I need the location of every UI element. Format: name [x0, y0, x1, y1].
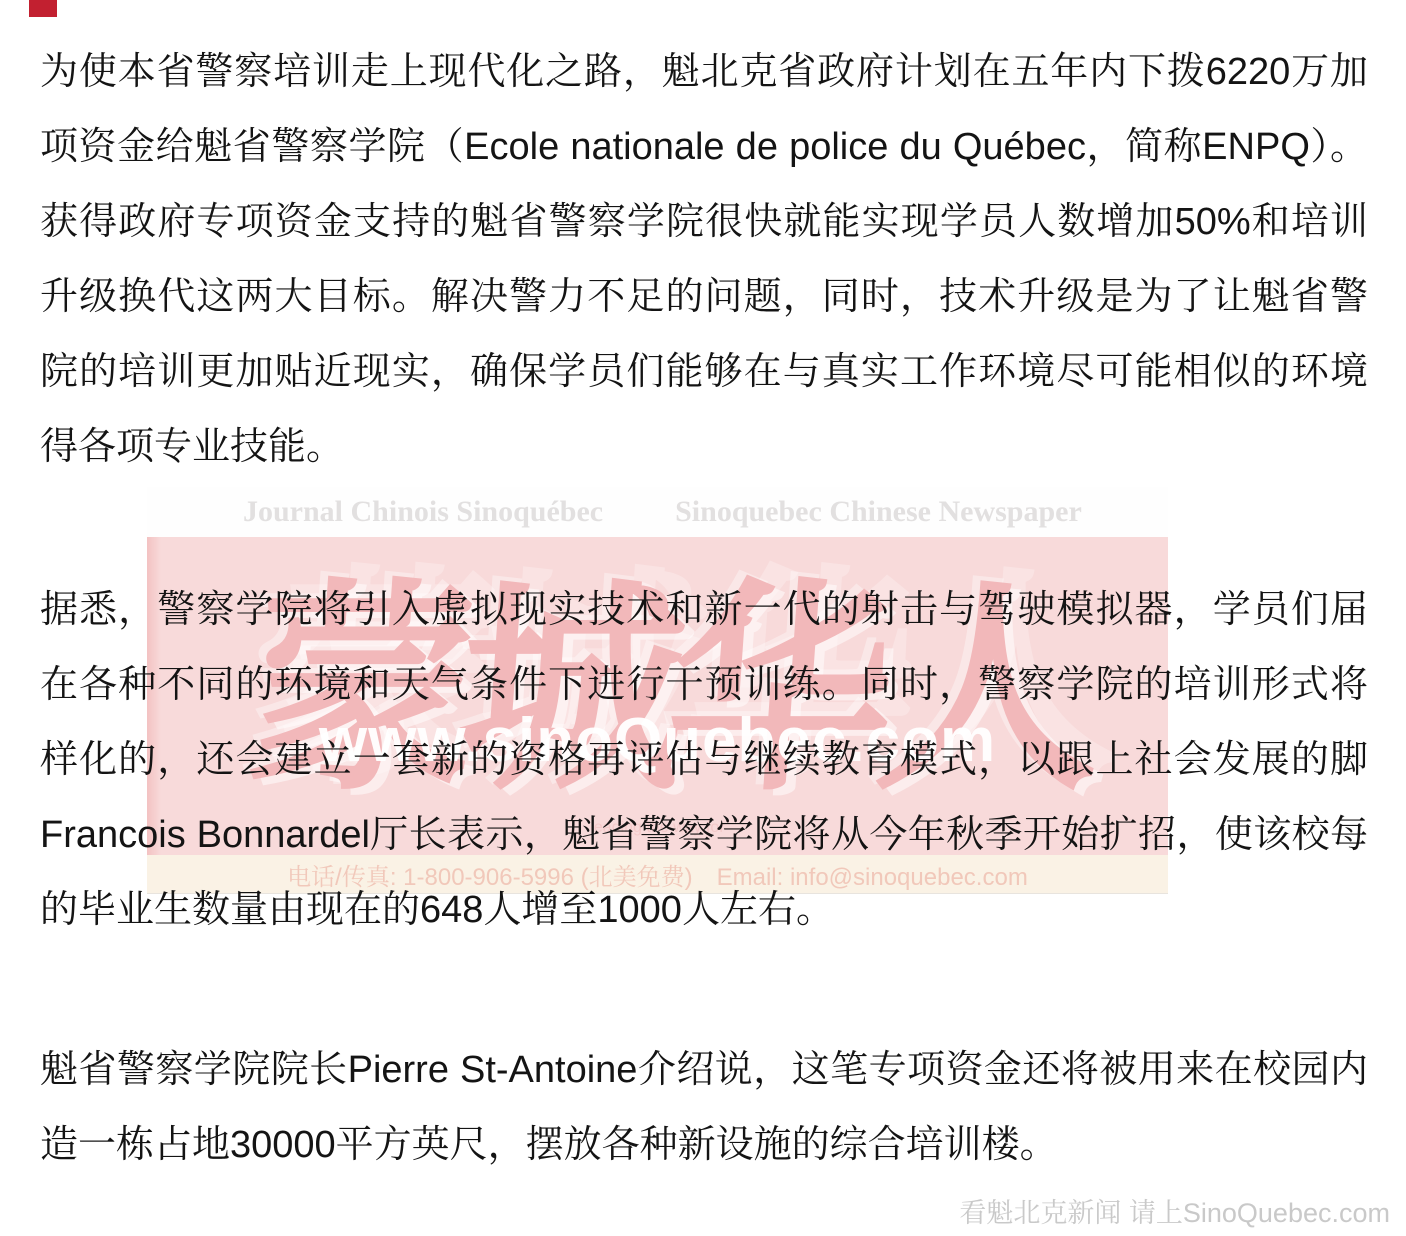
red-marker: [29, 0, 57, 17]
paragraph-2: 据悉，警察学院将引入虚拟现实技术和新一代的射击与驾驶模拟器，学员们届时可 在各种…: [40, 573, 1368, 948]
text-line: 造一栋占地30000平方英尺，摆放各种新设施的综合培训楼。: [40, 1108, 1368, 1183]
text-line: 得各项专业技能。: [40, 410, 1368, 485]
text-line: 样化的，还会建立一套新的资格再评估与继续教育模式，以跟上社会发展的脚步。: [40, 723, 1368, 798]
text-line: 在各种不同的环境和天气条件下进行干预训练。同时，警察学院的培训形式将是多: [40, 648, 1368, 723]
text-line: Francois Bonnardel厅长表示，魁省警察学院将从今年秋季开始扩招，…: [40, 798, 1368, 873]
text-line: 为使本省警察培训走上现代化之路，魁北克省政府计划在五年内下拨6220万加元专: [40, 35, 1368, 110]
article-page: Journal Chinois Sinoquébec Sinoquebec Ch…: [0, 0, 1406, 1236]
paragraph-1: 为使本省警察培训走上现代化之路，魁北克省政府计划在五年内下拨6220万加元专 项…: [40, 35, 1368, 485]
text-line: 院的培训更加贴近现实，确保学员们能够在与真实工作环境尽可能相似的环境中习: [40, 335, 1368, 410]
watermark-journal-title-en: Sinoquebec Chinese Newspaper: [675, 495, 1082, 529]
text-line: 据悉，警察学院将引入虚拟现实技术和新一代的射击与驾驶模拟器，学员们届时可: [40, 573, 1368, 648]
text-line: 升级换代这两大目标。解决警力不足的问题，同时，技术升级是为了让魁省警察学: [40, 260, 1368, 335]
watermark-header-band: Journal Chinois Sinoquébec Sinoquebec Ch…: [147, 487, 1168, 537]
text-line: 的毕业生数量由现在的648人增至1000人左右。: [40, 873, 1368, 948]
watermark-journal-title-fr: Journal Chinois Sinoquébec: [243, 495, 603, 529]
text-line: 项资金给魁省警察学院（Ecole nationale de police du …: [40, 110, 1368, 185]
text-line: 获得政府专项资金支持的魁省警察学院很快就能实现学员人数增加50%和培训技术: [40, 185, 1368, 260]
text-line: 魁省警察学院院长Pierre St-Antoine介绍说，这笔专项资金还将被用来…: [40, 1033, 1368, 1108]
paragraph-3: 魁省警察学院院长Pierre St-Antoine介绍说，这笔专项资金还将被用来…: [40, 1033, 1368, 1183]
footer-site-note: 看魁北克新闻 请上SinoQuebec.com: [959, 1191, 1390, 1230]
